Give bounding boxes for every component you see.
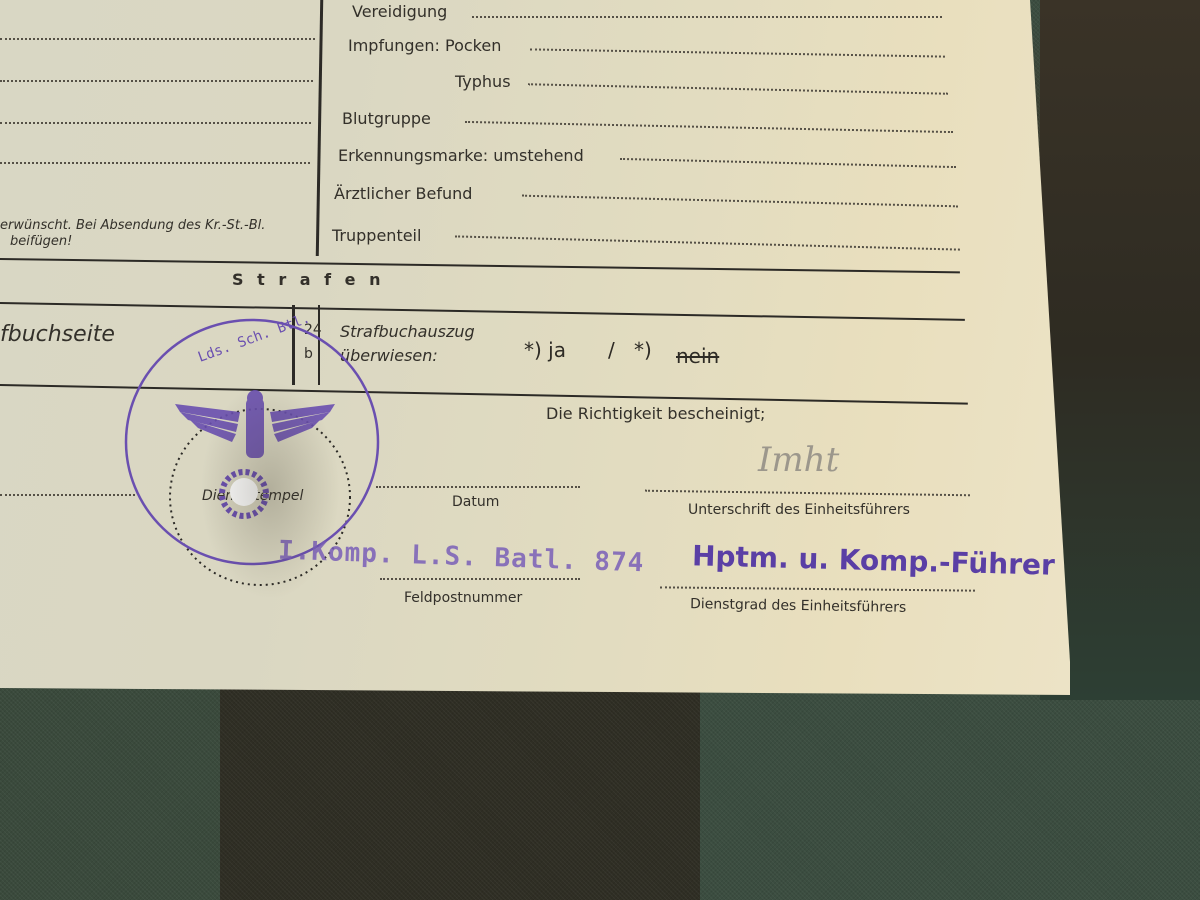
section-title-strafen: S t r a f e n [232, 270, 384, 289]
option-separator: / [608, 338, 615, 362]
feldpost-label: Feldpostnummer [404, 590, 522, 606]
field-blutgruppe[interactable] [465, 121, 953, 133]
strafbuchseite-label: fbuchseite [0, 322, 115, 347]
field-label-vereidigung: Vereidigung [352, 2, 447, 21]
photo-shadow [200, 380, 340, 600]
blank-line [0, 122, 311, 124]
field-label-pocken: Impfungen: Pocken [348, 36, 501, 55]
datum-field[interactable] [376, 486, 580, 488]
rank-field[interactable] [660, 586, 975, 591]
field-label-typhus: Typhus [455, 72, 511, 91]
field-label-erkennungsmarke: Erkennungsmarke: umstehend [338, 146, 584, 165]
rank-label: Dienstgrad des Einheitsführers [690, 596, 907, 616]
military-form-document: erwünscht. Bei Absendung des Kr.-St.-Bl.… [0, 0, 1070, 695]
field-vereidigung[interactable] [472, 16, 942, 18]
rank-stamp: Hptm. u. Komp.-Führer [692, 539, 1056, 581]
certification-text: Die Richtigkeit bescheinigt; [546, 404, 765, 423]
left-note-line2: beifügen! [10, 234, 72, 249]
blank-line [0, 38, 315, 40]
left-note-line1: erwünscht. Bei Absendung des Kr.-St.-Bl. [0, 218, 265, 233]
field-label-truppenteil: Truppenteil [332, 226, 421, 245]
datum-label: Datum [452, 494, 499, 510]
section-divider [0, 258, 960, 273]
field-aerztlicher-befund[interactable] [522, 195, 958, 208]
signature-label: Unterschrift des Einheitsführers [688, 502, 910, 518]
field-truppenteil[interactable] [455, 235, 960, 250]
field-label-blutgruppe: Blutgruppe [342, 109, 431, 128]
field-label-aerztlicher-befund: Ärztlicher Befund [334, 184, 472, 203]
field-typhus[interactable] [528, 83, 948, 95]
field-erkennungsmarke[interactable] [620, 158, 956, 168]
option-ja[interactable]: *) ja [524, 338, 566, 362]
blank-line [0, 80, 313, 82]
column-divider [316, 0, 323, 256]
option-nein-prefix: *) [634, 338, 652, 362]
blank-line [0, 494, 135, 496]
field-pocken[interactable] [530, 48, 945, 57]
handwritten-signature: Imht [758, 440, 839, 480]
blank-line [0, 162, 310, 164]
option-nein-struck[interactable]: nein [676, 344, 719, 368]
signature-field[interactable] [645, 490, 970, 497]
feldpost-field[interactable] [380, 578, 580, 580]
